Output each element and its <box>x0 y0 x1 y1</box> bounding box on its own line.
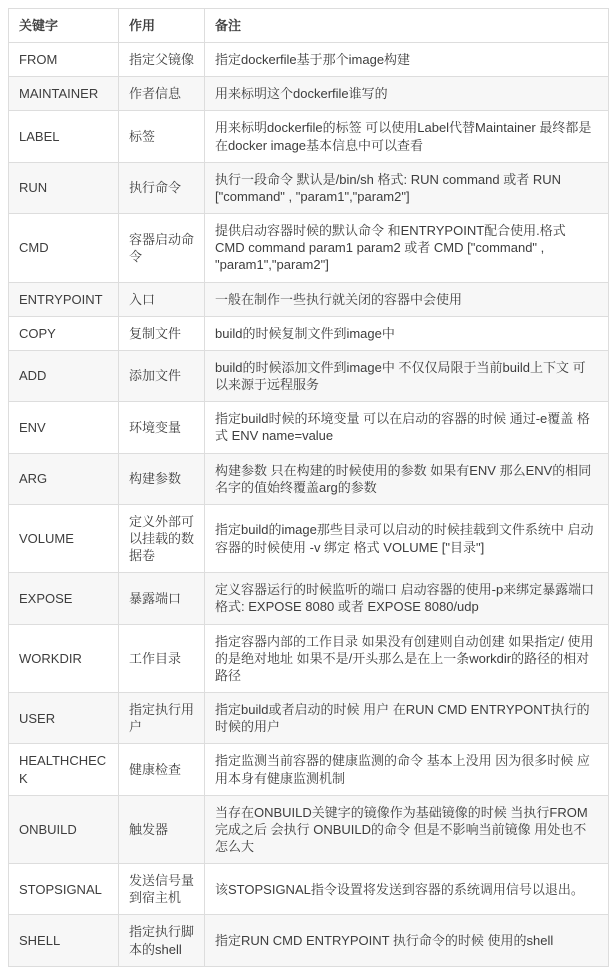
cell-role: 标签 <box>119 111 205 162</box>
cell-role: 容器启动命令 <box>119 214 205 282</box>
table-header: 关键字 作用 备注 <box>9 9 609 43</box>
table-body: FROM指定父镜像指定dockerfile基于那个image构建MAINTAIN… <box>9 43 609 967</box>
cell-role: 定义外部可以挂载的数据卷 <box>119 504 205 572</box>
cell-note: 该STOPSIGNAL指令设置将发送到容器的系统调用信号以退出。 <box>205 864 609 915</box>
cell-keyword: RUN <box>9 162 119 213</box>
table-row: ADD添加文件build的时候添加文件到image中 不仅仅局限于当前build… <box>9 350 609 401</box>
cell-note: 用来标明这个dockerfile谁写的 <box>205 77 609 111</box>
cell-role: 构建参数 <box>119 453 205 504</box>
cell-role: 指定执行脚本的shell <box>119 915 205 966</box>
cell-keyword: STOPSIGNAL <box>9 864 119 915</box>
cell-keyword: FROM <box>9 43 119 77</box>
cell-role: 入口 <box>119 282 205 316</box>
cell-note: 定义容器运行的时候监听的端口 启动容器的使用-p来绑定暴露端口 格式: EXPO… <box>205 573 609 624</box>
cell-keyword: CMD <box>9 214 119 282</box>
cell-role: 执行命令 <box>119 162 205 213</box>
cell-note: 用来标明dockerfile的标签 可以使用Label代替Maintainer … <box>205 111 609 162</box>
cell-keyword: MAINTAINER <box>9 77 119 111</box>
cell-keyword: ENV <box>9 402 119 453</box>
table-row: WORKDIR工作目录指定容器内部的工作目录 如果没有创建则自动创建 如果指定/… <box>9 624 609 692</box>
cell-note: 指定容器内部的工作目录 如果没有创建则自动创建 如果指定/ 使用的是绝对地址 如… <box>205 624 609 692</box>
cell-keyword: EXPOSE <box>9 573 119 624</box>
table-row: ENV环境变量指定build时候的环境变量 可以在启动的容器的时候 通过-e覆盖… <box>9 402 609 453</box>
table-row: VOLUME定义外部可以挂载的数据卷指定build的image那些目录可以启动的… <box>9 504 609 572</box>
dockerfile-keywords-table: 关键字 作用 备注 FROM指定父镜像指定dockerfile基于那个image… <box>8 8 609 967</box>
cell-keyword: USER <box>9 693 119 744</box>
table-row: RUN执行命令执行一段命令 默认是/bin/sh 格式: RUN command… <box>9 162 609 213</box>
cell-role: 触发器 <box>119 795 205 863</box>
cell-role: 环境变量 <box>119 402 205 453</box>
table-row: STOPSIGNAL发送信号量到宿主机该STOPSIGNAL指令设置将发送到容器… <box>9 864 609 915</box>
column-header-note: 备注 <box>205 9 609 43</box>
cell-keyword: ONBUILD <box>9 795 119 863</box>
cell-keyword: SHELL <box>9 915 119 966</box>
cell-role: 作者信息 <box>119 77 205 111</box>
cell-note: 执行一段命令 默认是/bin/sh 格式: RUN command 或者 RUN… <box>205 162 609 213</box>
table-row: FROM指定父镜像指定dockerfile基于那个image构建 <box>9 43 609 77</box>
cell-keyword: ARG <box>9 453 119 504</box>
cell-note: 指定监测当前容器的健康监测的命令 基本上没用 因为很多时候 应用本身有健康监测机… <box>205 744 609 795</box>
cell-keyword: WORKDIR <box>9 624 119 692</box>
table-row: EXPOSE暴露端口定义容器运行的时候监听的端口 启动容器的使用-p来绑定暴露端… <box>9 573 609 624</box>
table-row: MAINTAINER作者信息用来标明这个dockerfile谁写的 <box>9 77 609 111</box>
table-row: ARG构建参数构建参数 只在构建的时候使用的参数 如果有ENV 那么ENV的相同… <box>9 453 609 504</box>
cell-note: build的时候复制文件到image中 <box>205 316 609 350</box>
cell-role: 健康检查 <box>119 744 205 795</box>
cell-role: 复制文件 <box>119 316 205 350</box>
table-row: USER指定执行用户指定build或者启动的时候 用户 在RUN CMD ENT… <box>9 693 609 744</box>
cell-note: 指定dockerfile基于那个image构建 <box>205 43 609 77</box>
cell-note: 指定build或者启动的时候 用户 在RUN CMD ENTRYPONT执行的时… <box>205 693 609 744</box>
cell-keyword: ENTRYPOINT <box>9 282 119 316</box>
column-header-keyword: 关键字 <box>9 9 119 43</box>
cell-note: 当存在ONBUILD关键字的镜像作为基础镜像的时候 当执行FROM完成之后 会执… <box>205 795 609 863</box>
cell-note: 构建参数 只在构建的时候使用的参数 如果有ENV 那么ENV的相同名字的值始终覆… <box>205 453 609 504</box>
cell-role: 添加文件 <box>119 350 205 401</box>
cell-keyword: HEALTHCHECK <box>9 744 119 795</box>
table-row: COPY复制文件build的时候复制文件到image中 <box>9 316 609 350</box>
cell-role: 指定父镜像 <box>119 43 205 77</box>
cell-role: 暴露端口 <box>119 573 205 624</box>
cell-note: 指定build的image那些目录可以启动的时候挂载到文件系统中 启动容器的时候… <box>205 504 609 572</box>
cell-keyword: LABEL <box>9 111 119 162</box>
cell-note: 一般在制作一些执行就关闭的容器中会使用 <box>205 282 609 316</box>
cell-role: 工作目录 <box>119 624 205 692</box>
cell-note: build的时候添加文件到image中 不仅仅局限于当前build上下文 可以来… <box>205 350 609 401</box>
table-row: CMD容器启动命令提供启动容器时候的默认命令 和ENTRYPOINT配合使用.格… <box>9 214 609 282</box>
cell-keyword: COPY <box>9 316 119 350</box>
cell-keyword: ADD <box>9 350 119 401</box>
cell-role: 发送信号量到宿主机 <box>119 864 205 915</box>
table-row: ENTRYPOINT入口一般在制作一些执行就关闭的容器中会使用 <box>9 282 609 316</box>
table-row: HEALTHCHECK健康检查指定监测当前容器的健康监测的命令 基本上没用 因为… <box>9 744 609 795</box>
table-row: SHELL指定执行脚本的shell指定RUN CMD ENTRYPOINT 执行… <box>9 915 609 966</box>
cell-note: 指定build时候的环境变量 可以在启动的容器的时候 通过-e覆盖 格式 ENV… <box>205 402 609 453</box>
cell-keyword: VOLUME <box>9 504 119 572</box>
column-header-role: 作用 <box>119 9 205 43</box>
table-row: ONBUILD触发器当存在ONBUILD关键字的镜像作为基础镜像的时候 当执行F… <box>9 795 609 863</box>
header-row: 关键字 作用 备注 <box>9 9 609 43</box>
cell-note: 提供启动容器时候的默认命令 和ENTRYPOINT配合使用.格式 CMD com… <box>205 214 609 282</box>
cell-role: 指定执行用户 <box>119 693 205 744</box>
cell-note: 指定RUN CMD ENTRYPOINT 执行命令的时候 使用的shell <box>205 915 609 966</box>
table-row: LABEL标签用来标明dockerfile的标签 可以使用Label代替Main… <box>9 111 609 162</box>
